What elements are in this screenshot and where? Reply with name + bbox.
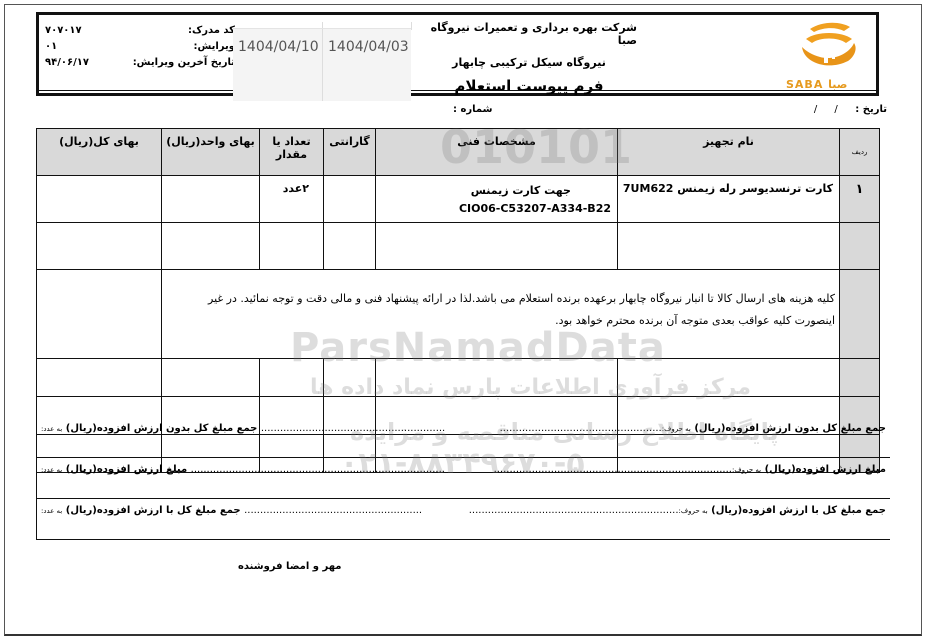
totals-section: جمع مبلغ کل بدون ارزش افزوده(ریال) به حر… — [36, 417, 890, 540]
total-with-vat-digits: ........................................… — [41, 505, 422, 516]
table-header-row: ردیف نام تجهیز مشخصات فنی گارانتی تعداد … — [37, 129, 880, 176]
spec-part-number: CIO06-C53207-A334-B22 — [376, 200, 611, 218]
empty-cell — [260, 359, 324, 397]
col-header-technical-spec: مشخصات فنی — [376, 129, 618, 176]
doc-code-label: کد مدرک: — [188, 23, 235, 39]
table-row-empty — [37, 223, 880, 270]
number-label: شماره : — [453, 104, 492, 115]
col-header-unit-price: بهای واحد(ریال) — [162, 129, 260, 176]
in-words-label: به حروف: — [679, 507, 708, 515]
quantity-cell: ۲عدد — [260, 176, 324, 223]
total-without-vat-digits-label: جمع مبلغ کل بدون ارزش افزوده(ریال) — [66, 423, 258, 434]
col-header-warranty: گارانتی — [324, 129, 376, 176]
empty-cell — [37, 270, 162, 359]
vat-amount-row: مبلغ ارزش افزوده(ریال) به حروف:.........… — [37, 458, 890, 499]
technical-spec-cell: جهت کارت زیمنس CIO06-C53207-A334-B22 — [376, 176, 618, 223]
company-name: شرکت بهره برداری و تعمیرات نیروگاه صبا — [419, 21, 639, 47]
overlay-date-deadline: 1404/04/10 — [233, 29, 322, 101]
empty-cell — [260, 223, 324, 270]
fill-in-line[interactable]: ........................................… — [244, 505, 422, 516]
last-revision-date-label: تاریخ آخرین ویرایش: — [133, 55, 235, 71]
date-overlay-panel: 1404/04/10 1404/04/03 — [233, 28, 411, 101]
saba-logo-icon — [780, 19, 870, 75]
row-number — [840, 270, 880, 359]
number-field: شماره : — [453, 104, 492, 115]
empty-cell — [618, 359, 840, 397]
form-header: کد مدرک: ۷۰۷۰۱۷ ویرایش: ۰۱ تاریخ آخرین و… — [36, 12, 879, 96]
total-with-vat-digits-label: جمع مبلغ کل با ارزش افزوده(ریال) — [66, 505, 241, 516]
empty-cell — [37, 223, 162, 270]
empty-cell — [324, 223, 376, 270]
fill-in-line[interactable]: ........................................… — [261, 423, 445, 434]
row-number: ۱ — [840, 176, 880, 223]
revision-row: ویرایش: ۰۱ — [45, 39, 235, 55]
saba-logo: SABA صبا — [780, 19, 870, 93]
col-header-quantity: تعداد یا مقدار — [260, 129, 324, 176]
empty-cell — [37, 359, 162, 397]
row-number — [840, 223, 880, 270]
empty-cell — [324, 359, 376, 397]
warranty-cell — [324, 176, 376, 223]
vat-amount-digits: ........................................… — [41, 464, 445, 475]
last-revision-date-row: تاریخ آخرین ویرایش: ۹۴/۰۶/۱۷ — [45, 55, 235, 71]
empty-cell — [376, 359, 618, 397]
total-with-vat-words-label: جمع مبلغ کل با ارزش افزوده(ریال) — [711, 505, 886, 516]
empty-cell — [162, 359, 260, 397]
in-digits-label: به عدد: — [41, 425, 62, 433]
doc-code-value: ۷۰۷۰۱۷ — [45, 23, 82, 39]
shipping-note: کلیه هزینه های ارسال کالا تا انبار نیروگ… — [162, 270, 840, 359]
company-block: شرکت بهره برداری و تعمیرات نیروگاه صبا ن… — [419, 15, 639, 95]
doc-code-row: کد مدرک: ۷۰۷۰۱۷ — [45, 23, 235, 39]
fill-in-line[interactable]: ........................................… — [191, 464, 445, 475]
seller-signature-label: مهر و امضا فروشنده — [238, 561, 341, 572]
empty-cell — [162, 223, 260, 270]
vat-amount-words: مبلغ ارزش افزوده(ریال) به حروف:.........… — [494, 464, 886, 475]
overlay-divider — [411, 22, 412, 30]
date-field: تاریخ : / / — [814, 104, 887, 115]
total-with-vat-words: جمع مبلغ کل با ارزش افزوده(ریال) به حروف… — [469, 505, 886, 516]
table-row: ۱ کارت ترنسدیوسر رله زیمنس 7UM622 جهت کا… — [37, 176, 880, 223]
date-label: تاریخ : — [855, 104, 887, 115]
fill-in-line[interactable]: ........................................… — [500, 423, 662, 434]
revision-value: ۰۱ — [45, 39, 57, 55]
vat-amount-digits-label: مبلغ ارزش افزوده(ریال) — [66, 464, 187, 475]
vat-amount-words-label: مبلغ ارزش افزوده(ریال) — [765, 464, 886, 475]
in-digits-label: به عدد: — [41, 507, 62, 515]
col-header-row-no: ردیف — [840, 129, 880, 176]
empty-cell — [618, 223, 840, 270]
form-title: فرم پیوست استعلام — [419, 77, 639, 95]
in-words-label: به حروف: — [662, 425, 691, 433]
row-number — [840, 359, 880, 397]
in-words-label: به حروف: — [732, 466, 761, 474]
total-price-cell — [37, 176, 162, 223]
date-value: / / — [814, 104, 838, 115]
fill-in-line[interactable]: ........................................… — [469, 505, 679, 516]
note-row: کلیه هزینه های ارسال کالا تا انبار نیروگ… — [37, 270, 880, 359]
total-with-vat-row: جمع مبلغ کل با ارزش افزوده(ریال) به حروف… — [37, 499, 890, 540]
overlay-date-issued: 1404/04/03 — [322, 29, 411, 101]
logo-wordmark: SABA صبا — [786, 78, 847, 91]
unit-price-cell — [162, 176, 260, 223]
document-meta: کد مدرک: ۷۰۷۰۱۷ ویرایش: ۰۱ تاریخ آخرین و… — [45, 23, 235, 71]
col-header-total-price: بهای کل(ریال) — [37, 129, 162, 176]
col-header-equipment-name: نام تجهیز — [618, 129, 840, 176]
equipment-name-cell: کارت ترنسدیوسر رله زیمنس 7UM622 — [618, 176, 840, 223]
revision-label: ویرایش: — [193, 39, 235, 55]
empty-cell — [376, 223, 618, 270]
table-row-empty — [37, 359, 880, 397]
spec-line-1: جهت کارت زیمنس — [376, 182, 611, 200]
plant-name: نیروگاه سیکل ترکیبی چابهار — [419, 56, 639, 69]
total-without-vat-words: جمع مبلغ کل بدون ارزش افزوده(ریال) به حر… — [500, 423, 886, 434]
fill-in-line[interactable]: ........................................… — [494, 464, 732, 475]
in-digits-label: به عدد: — [41, 466, 62, 474]
last-revision-date-value: ۹۴/۰۶/۱۷ — [45, 55, 89, 71]
total-without-vat-row: جمع مبلغ کل بدون ارزش افزوده(ریال) به حر… — [37, 417, 890, 458]
total-without-vat-words-label: جمع مبلغ کل بدون ارزش افزوده(ریال) — [694, 423, 886, 434]
total-without-vat-digits: ........................................… — [41, 423, 445, 434]
